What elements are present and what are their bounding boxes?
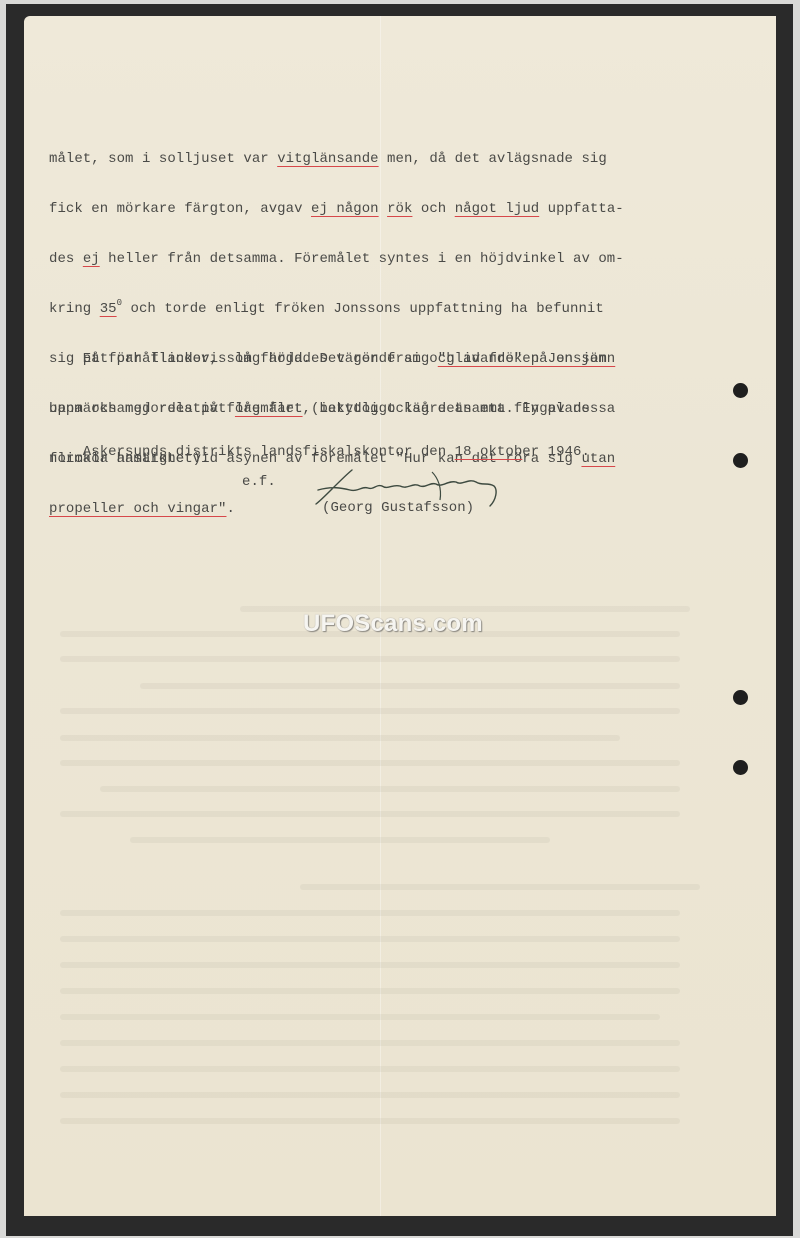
red-underline-annotation: ej någon — [311, 201, 379, 217]
red-underline-annotation: vitglänsande — [277, 151, 378, 167]
text-line: fick en mörkare färgton, avgav ej någon … — [49, 197, 624, 222]
red-underline-annotation: rök — [387, 201, 412, 217]
punch-hole — [733, 453, 748, 468]
red-underline-annotation: propeller och vingar" — [49, 501, 226, 517]
ef-abbreviation: e.f. — [242, 470, 276, 495]
red-underline-annotation: 18 oktob — [455, 444, 523, 460]
closing-place-date: Askersunds distrikts landsfiskalskontor … — [49, 440, 590, 465]
red-underline-annotation: något ljud — [455, 201, 540, 217]
text-line: målet, som i solljuset var vitglänsande … — [49, 147, 624, 172]
punch-hole — [733, 383, 748, 398]
text-line: kring 350 och torde enligt fröken Jonsso… — [49, 297, 624, 322]
signatory-name: (Georg Gustafsson) — [322, 496, 474, 521]
punch-hole — [733, 690, 748, 705]
text-line: uppmärksamgjordes på föremålet, iakttog … — [49, 397, 615, 422]
watermark: UFOScans.com — [303, 610, 483, 638]
red-underline-annotation: ej — [83, 251, 100, 267]
text-line: des ej heller från detsamma. Föremålet s… — [49, 247, 624, 272]
red-underline-annotation: 35 — [100, 301, 117, 317]
text-line: Ett par flickor, som färdades vägen fram… — [49, 347, 615, 372]
punch-hole — [733, 760, 748, 775]
